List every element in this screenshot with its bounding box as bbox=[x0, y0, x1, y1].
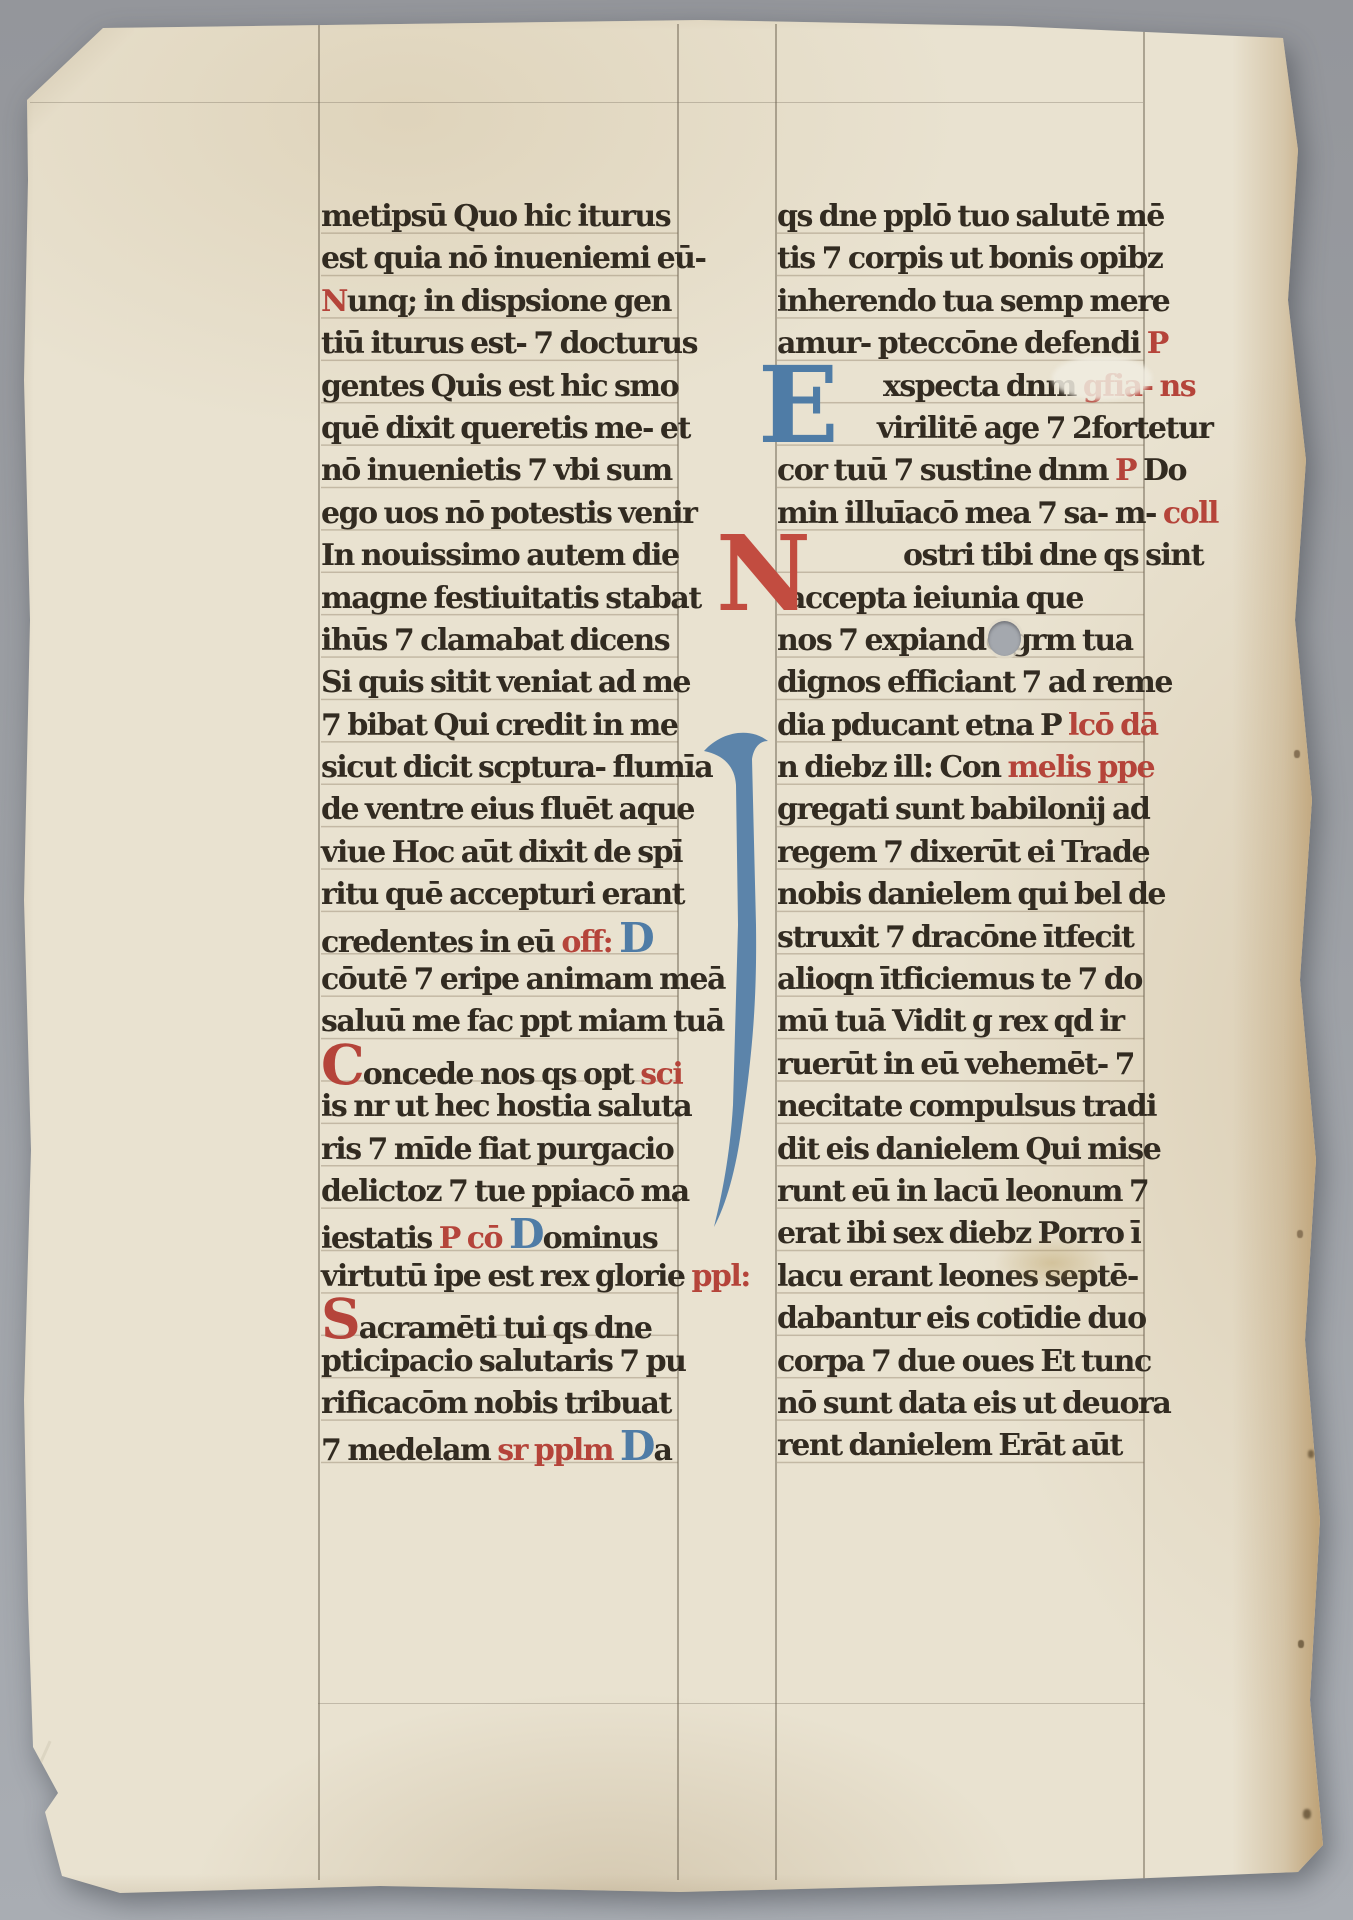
ruling-line-horizontal-top bbox=[30, 102, 1143, 103]
text-segment: rificacōm nobis tribuat bbox=[321, 1386, 671, 1421]
text-segment: D bbox=[509, 1210, 543, 1258]
manuscript-line: tiū iturus est- 7 docturus bbox=[321, 323, 678, 365]
text-segment: regem 7 dixerūt ei Trade bbox=[777, 835, 1149, 870]
manuscript-line: n diebz ill: Con melis ppe bbox=[777, 747, 1144, 789]
manuscript-line: nos 7 expiando grm tua bbox=[777, 620, 1144, 662]
text-segment: D bbox=[620, 1422, 654, 1470]
manuscript-line: quē dixit queretis me- et bbox=[321, 408, 678, 450]
manuscript-line: Sacramēti tui qs dne bbox=[321, 1298, 678, 1340]
text-segment: ppl: bbox=[691, 1259, 749, 1294]
erasure-patch bbox=[1052, 356, 1152, 400]
manuscript-line: 7 medelam sr pplm Da bbox=[321, 1425, 678, 1467]
manuscript-line: Concede nos qs opt sci bbox=[321, 1044, 678, 1086]
text-segment: 7 bibat Qui credit in me bbox=[321, 708, 678, 743]
text-segment: nobis danielem qui bel de bbox=[777, 877, 1165, 912]
text-segment: struxit 7 dracōne ītfecit bbox=[777, 920, 1133, 955]
vellum-hole bbox=[988, 621, 1021, 656]
photo-background: metipsū Quo hic iturusest quia nō inueni… bbox=[0, 0, 1353, 1920]
brown-stain bbox=[993, 1236, 1111, 1290]
text-segment: pticipacio salutaris 7 pu bbox=[321, 1344, 685, 1379]
text-segment: de ventre eius fluēt aque bbox=[321, 792, 694, 827]
text-segment: tiū iturus est- 7 docturus bbox=[321, 326, 697, 361]
text-segment: nos 7 expiando bbox=[777, 623, 1011, 658]
text-segment: off: bbox=[561, 925, 619, 960]
text-segment: accepta ieiunia que bbox=[787, 581, 1083, 616]
corner-shade bbox=[24, 24, 134, 134]
manuscript-line: ostri tibi dne qs sint bbox=[777, 535, 1144, 577]
edge-specks bbox=[1300, 330, 1306, 338]
torn-sliver bbox=[19, 1741, 51, 1808]
manuscript-line: tis 7 corpis ut bonis opibz bbox=[777, 238, 1144, 280]
text-segment: unq; in dispsione gen bbox=[347, 284, 671, 319]
text-segment: gregati sunt babilonij ad bbox=[777, 792, 1149, 827]
manuscript-line: delictoz 7 tue ppiacō ma bbox=[321, 1171, 678, 1213]
text-segment: gentes Quis est hic smo bbox=[321, 369, 678, 404]
manuscript-line: rent danielem Erāt aūt bbox=[777, 1425, 1144, 1467]
manuscript-line: corpa 7 due oues Et tunc bbox=[777, 1341, 1144, 1383]
text-segment: ostri tibi dne qs sint bbox=[903, 538, 1203, 573]
text-segment: est quia nō inueniemi eū- bbox=[321, 241, 705, 276]
text-segment: virilitē age 7 2fortetur bbox=[877, 411, 1213, 446]
text-segment: virtutū ipe est rex glorie bbox=[321, 1259, 691, 1294]
text-segment: tis 7 corpis ut bonis opibz bbox=[777, 241, 1162, 276]
manuscript-line: magne festiuitatis stabat bbox=[321, 578, 678, 620]
manuscript-line: regem 7 dixerūt ei Trade bbox=[777, 832, 1144, 874]
manuscript-line: dabantur eis cotīdie duo bbox=[777, 1298, 1144, 1340]
text-segment: corpa 7 due oues Et tunc bbox=[777, 1344, 1151, 1379]
text-segment: delictoz 7 tue ppiacō ma bbox=[321, 1174, 689, 1209]
text-segment: ominus bbox=[543, 1221, 658, 1256]
manuscript-line: Nunq; in dispsione gen bbox=[321, 281, 678, 323]
text-segment: P bbox=[1115, 453, 1143, 488]
text-segment: saluū me fac ppt miam tuā bbox=[321, 1004, 724, 1039]
text-segment: ihūs 7 clamabat dicens bbox=[321, 623, 669, 658]
text-segment: dignos efficiant 7 ad reme bbox=[777, 665, 1172, 700]
manuscript-line: In nouissimo autem die bbox=[321, 535, 678, 577]
text-segment: inherendo tua semp mere bbox=[777, 284, 1169, 319]
text-segment: mū tuā Vidit g rex qd ir bbox=[777, 1004, 1124, 1039]
text-segment: melis ppe bbox=[1008, 750, 1155, 785]
manuscript-leaf: metipsū Quo hic iturusest quia nō inueni… bbox=[0, 0, 1353, 1920]
manuscript-line: est quia nō inueniemi eū- bbox=[321, 238, 678, 280]
manuscript-line: qs dne pplō tuo salutē mē bbox=[777, 196, 1144, 238]
manuscript-line: de ventre eius fluēt aque bbox=[321, 789, 678, 831]
text-segment: Si quis sitit veniat ad me bbox=[321, 665, 690, 700]
illuminated-initial-E: E bbox=[758, 352, 839, 458]
manuscript-line: necitate compulsus tradi bbox=[777, 1086, 1144, 1128]
text-segment: viue Hoc aūt dixit de spī bbox=[321, 835, 682, 870]
manuscript-line: sicut dicit scptura- flumīa bbox=[321, 747, 678, 789]
manuscript-line: ruerūt in eū vehemēt- 7 bbox=[777, 1044, 1144, 1086]
text-segment: grm tua bbox=[1011, 623, 1133, 658]
manuscript-line: pticipacio salutaris 7 pu bbox=[321, 1341, 678, 1383]
manuscript-line: dignos efficiant 7 ad reme bbox=[777, 662, 1144, 704]
manuscript-line: cōutē 7 eripe animam meā bbox=[321, 959, 678, 1001]
manuscript-line: gentes Quis est hic smo bbox=[321, 366, 678, 408]
manuscript-line: nobis danielem qui bel de bbox=[777, 874, 1144, 916]
text-segment: P cō bbox=[439, 1221, 509, 1256]
manuscript-line: inherendo tua semp mere bbox=[777, 281, 1144, 323]
manuscript-line: iestatis P cō Dominus bbox=[321, 1213, 678, 1255]
text-segment: Do bbox=[1143, 453, 1186, 488]
text-segment: coll bbox=[1163, 496, 1218, 531]
text-segment: ruerūt in eū vehemēt- 7 bbox=[777, 1047, 1134, 1082]
manuscript-line: mū tuā Vidit g rex qd ir bbox=[777, 1001, 1144, 1043]
text-segment: cōutē 7 eripe animam meā bbox=[321, 962, 725, 997]
manuscript-line: virtutū ipe est rex glorie ppl: bbox=[321, 1256, 678, 1298]
text-segment: nō sunt data eis ut deuora bbox=[777, 1386, 1170, 1421]
text-segment: ego uos nō potestis venir bbox=[321, 496, 696, 531]
manuscript-line: dia pducant etna P lcō dā bbox=[777, 705, 1144, 747]
text-segment: sicut dicit scptura- flumīa bbox=[321, 750, 712, 785]
text-segment: n diebz ill: Con bbox=[777, 750, 1008, 785]
illuminated-initial-N: N bbox=[716, 522, 811, 626]
manuscript-line: 7 bibat Qui credit in me bbox=[321, 705, 678, 747]
text-segment: alioqn ītficiemus te 7 do bbox=[777, 962, 1142, 997]
text-segment: 7 medelam bbox=[321, 1433, 497, 1468]
manuscript-line: credentes in eū off: D bbox=[321, 917, 678, 959]
manuscript-line: is nr ut hec hostia saluta bbox=[321, 1086, 678, 1128]
manuscript-line: ritu quē accepturi erant bbox=[321, 874, 678, 916]
text-segment: magne festiuitatis stabat bbox=[321, 581, 701, 616]
manuscript-line: dit eis danielem Qui mise bbox=[777, 1129, 1144, 1171]
text-segment: dabantur eis cotīdie duo bbox=[777, 1301, 1146, 1336]
manuscript-line: ego uos nō potestis venir bbox=[321, 493, 678, 535]
text-segment: credentes in eū bbox=[321, 925, 561, 960]
text-segment: quē dixit queretis me- et bbox=[321, 411, 690, 446]
text-column-left: metipsū Quo hic iturusest quia nō inueni… bbox=[321, 196, 678, 1468]
binding-edge bbox=[1232, 16, 1336, 1882]
text-segment: In nouissimo autem die bbox=[321, 538, 679, 573]
manuscript-line: struxit 7 dracōne ītfecit bbox=[777, 917, 1144, 959]
text-segment: iestatis bbox=[321, 1221, 439, 1256]
manuscript-line: runt eū in lacū leonum 7 bbox=[777, 1171, 1144, 1213]
text-segment: ritu quē accepturi erant bbox=[321, 877, 684, 912]
text-segment: a bbox=[653, 1433, 671, 1468]
manuscript-line: viue Hoc aūt dixit de spī bbox=[321, 832, 678, 874]
manuscript-line: ris 7 mīde fiat purgacio bbox=[321, 1129, 678, 1171]
text-segment: nō inuenietis 7 vbi sum bbox=[321, 453, 672, 488]
manuscript-line: Si quis sitit veniat ad me bbox=[321, 662, 678, 704]
text-segment: P bbox=[1147, 326, 1168, 361]
manuscript-leaf-wrap: metipsū Quo hic iturusest quia nō inueni… bbox=[0, 0, 1353, 1920]
text-segment: lcō dā bbox=[1068, 708, 1158, 743]
manuscript-line: metipsū Quo hic iturus bbox=[321, 196, 678, 238]
ruling-line-horizontal-bottom bbox=[318, 1703, 1145, 1704]
text-segment: sr pplm bbox=[497, 1433, 620, 1468]
text-segment: runt eū in lacū leonum 7 bbox=[777, 1174, 1148, 1209]
text-segment: qs dne pplō tuo salutē mē bbox=[777, 199, 1164, 234]
ruling-line-vertical-1 bbox=[318, 24, 320, 1880]
text-segment: is nr ut hec hostia saluta bbox=[321, 1089, 691, 1124]
text-segment: ris 7 mīde fiat purgacio bbox=[321, 1132, 673, 1167]
manuscript-line: nō sunt data eis ut deuora bbox=[777, 1383, 1144, 1425]
manuscript-line: saluū me fac ppt miam tuā bbox=[321, 1001, 678, 1043]
illuminated-initial-I-flourish bbox=[700, 725, 780, 1235]
manuscript-line: rificacōm nobis tribuat bbox=[321, 1383, 678, 1425]
text-segment: metipsū Quo hic iturus bbox=[321, 199, 670, 234]
text-segment: dit eis danielem Qui mise bbox=[777, 1132, 1160, 1167]
text-segment: D bbox=[619, 914, 653, 962]
manuscript-line: ihūs 7 clamabat dicens bbox=[321, 620, 678, 662]
text-segment: min illuīacō mea 7 sa- m- bbox=[777, 496, 1163, 531]
manuscript-line: min illuīacō mea 7 sa- m- coll bbox=[777, 493, 1144, 535]
text-segment: necitate compulsus tradi bbox=[777, 1089, 1156, 1124]
manuscript-line: alioqn ītficiemus te 7 do bbox=[777, 959, 1144, 1001]
manuscript-line: gregati sunt babilonij ad bbox=[777, 789, 1144, 831]
text-segment: dia pducant etna P bbox=[777, 708, 1068, 743]
text-segment: rent danielem Erāt aūt bbox=[777, 1428, 1122, 1463]
manuscript-line: accepta ieiunia que bbox=[777, 578, 1144, 620]
manuscript-line: nō inuenietis 7 vbi sum bbox=[321, 450, 678, 492]
text-segment: N bbox=[321, 284, 347, 319]
